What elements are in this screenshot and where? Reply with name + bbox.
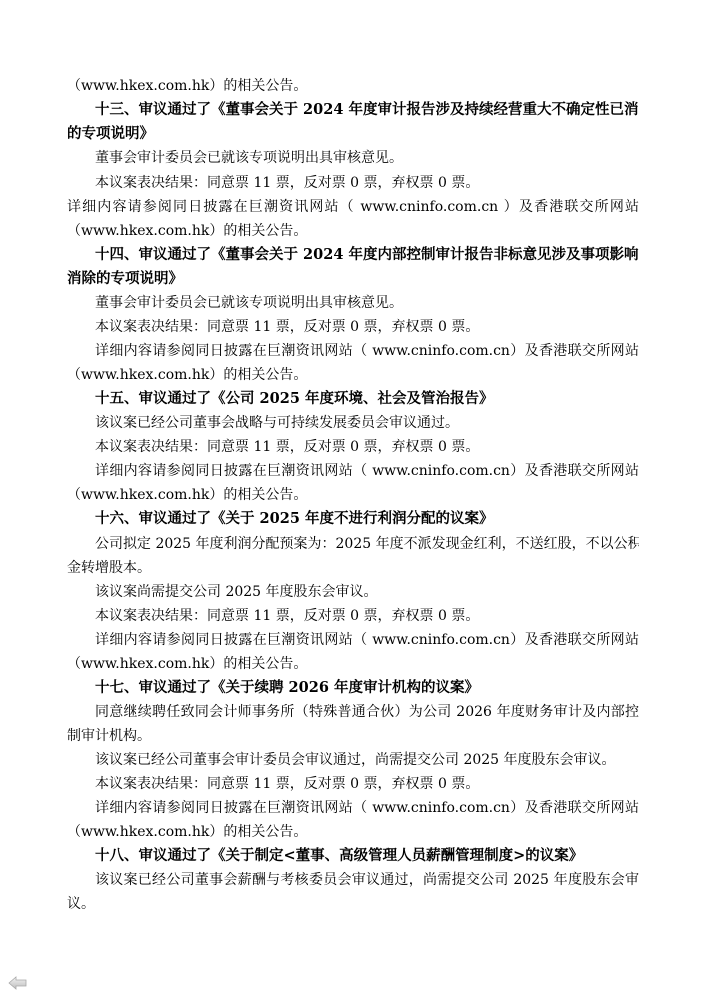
text-line: 详细内容请参阅同日披露在巨潮资讯网站（ www.cninfo.com.cn ）及… — [67, 195, 639, 219]
text-line: （www.hkex.com.hk）的相关公告。 — [67, 820, 639, 844]
text-line: 该议案尚需提交公司 2025 年度股东会审议。 — [95, 580, 639, 604]
text-line: 该议案已经公司董事会战略与可持续发展委员会审议通过。 — [95, 411, 639, 435]
vote-result: 本议案表决结果：同意票 11 票，反对票 0 票，弃权票 0 票。 — [95, 315, 639, 339]
text-line: 该议案已经公司董事会审计委员会审议通过，尚需提交公司 2025 年度股东会审议。 — [95, 748, 639, 772]
section-heading-14-cont: 消除的专项说明》 — [67, 267, 639, 291]
text-line: 详细内容请参阅同日披露在巨潮资讯网站（ www.cninfo.com.cn）及香… — [95, 459, 639, 483]
vote-result: 本议案表决结果：同意票 11 票，反对票 0 票，弃权票 0 票。 — [95, 604, 639, 628]
text-line: （www.hkex.com.hk）的相关公告。 — [67, 652, 639, 676]
text-line: 该议案已经公司董事会薪酬与考核委员会审议通过，尚需提交公司 2025 年度股东会… — [95, 868, 639, 892]
section-heading-16: 十六、审议通过了《关于 2025 年度不进行利润分配的议案》 — [95, 507, 639, 531]
text-line: 董事会审计委员会已就该专项说明出具审核意见。 — [95, 291, 639, 315]
text-line: 公司拟定 2025 年度利润分配预案为：2025 年度不派发现金红利，不送红股，… — [95, 532, 639, 556]
text-line: 详细内容请参阅同日披露在巨潮资讯网站（ www.cninfo.com.cn）及香… — [95, 628, 639, 652]
left-arrow-icon — [8, 976, 28, 990]
text-line: 金转增股本。 — [67, 556, 639, 580]
text-line: 议。 — [67, 892, 639, 916]
section-heading-18: 十八、审议通过了《关于制定<董事、高级管理人员薪酬管理制度>的议案》 — [95, 844, 639, 868]
text-line: 制审计机构。 — [67, 724, 639, 748]
text-line: 详细内容请参阅同日披露在巨潮资讯网站（ www.cninfo.com.cn）及香… — [95, 339, 639, 363]
text-line: （www.hkex.com.hk）的相关公告。 — [67, 74, 639, 98]
text-line: （www.hkex.com.hk）的相关公告。 — [67, 219, 639, 243]
vote-result: 本议案表决结果：同意票 11 票，反对票 0 票，弃权票 0 票。 — [95, 171, 639, 195]
section-heading-17: 十七、审议通过了《关于续聘 2026 年度审计机构的议案》 — [95, 676, 639, 700]
text-line: 同意继续聘任致同会计师事务所（特殊普通合伙）为公司 2026 年度财务审计及内部… — [95, 700, 639, 724]
text-line: （www.hkex.com.hk）的相关公告。 — [67, 483, 639, 507]
section-heading-13: 十三、审议通过了《董事会关于 2024 年度审计报告涉及持续经营重大不确定性已消… — [95, 98, 639, 122]
vote-result: 本议案表决结果：同意票 11 票，反对票 0 票，弃权票 0 票。 — [95, 435, 639, 459]
text-line: （www.hkex.com.hk）的相关公告。 — [67, 363, 639, 387]
text-line: 详细内容请参阅同日披露在巨潮资讯网站（ www.cninfo.com.cn）及香… — [95, 796, 639, 820]
text-line: 董事会审计委员会已就该专项说明出具审核意见。 — [95, 146, 639, 170]
section-heading-15: 十五、审议通过了《公司 2025 年度环境、社会及管治报告》 — [95, 387, 639, 411]
section-heading-13-cont: 的专项说明》 — [67, 122, 639, 146]
vote-result: 本议案表决结果：同意票 11 票，反对票 0 票，弃权票 0 票。 — [95, 772, 639, 796]
section-heading-14: 十四、审议通过了《董事会关于 2024 年度内部控制审计报告非标意见涉及事项影响… — [95, 243, 639, 267]
back-arrow-button[interactable] — [8, 975, 28, 989]
